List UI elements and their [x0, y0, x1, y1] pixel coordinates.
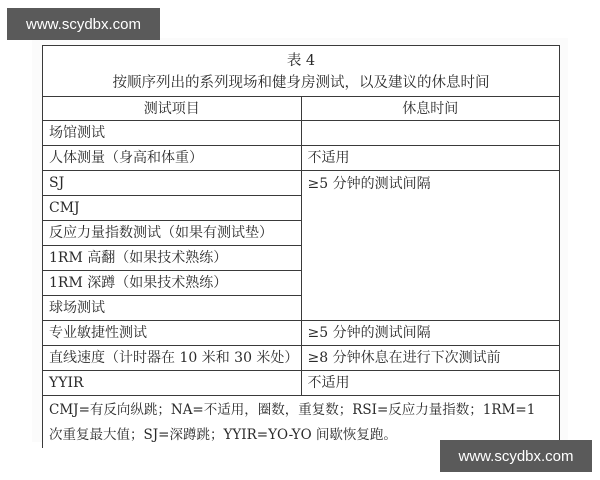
- test-cell: 1RM 深蹲（如果技术熟练）: [43, 271, 302, 296]
- test-cell: 反应力量指数测试（如果有测试垫）: [43, 221, 302, 246]
- table-header-row: 测试项目 休息时间: [43, 97, 560, 121]
- table-row: SJ ≥5 分钟的测试间隔: [43, 171, 560, 196]
- test-cell: 人体测量（身高和体重）: [43, 146, 302, 171]
- test-cell: 专业敏捷性测试: [43, 321, 302, 346]
- test-cell: 场馆测试: [43, 121, 302, 146]
- rest-cell: [301, 121, 560, 146]
- table-row: 专业敏捷性测试 ≥5 分钟的测试间隔: [43, 321, 560, 346]
- table-row: 直线速度（计时器在 10 米和 30 米处） ≥8 分钟休息在进行下次测试前: [43, 346, 560, 371]
- watermark-bottom: www.scydbx.com: [440, 440, 592, 472]
- test-cell: CMJ: [43, 196, 302, 221]
- test-cell: 直线速度（计时器在 10 米和 30 米处）: [43, 346, 302, 371]
- table-number: 表 4: [49, 50, 553, 72]
- header-test-item: 测试项目: [43, 97, 302, 121]
- table-row: 场馆测试: [43, 121, 560, 146]
- test-cell: 球场测试: [43, 296, 302, 321]
- rest-cell: 不适用: [301, 146, 560, 171]
- table-row: YYIR 不适用: [43, 371, 560, 396]
- watermark-top: www.scydbx.com: [7, 8, 160, 40]
- test-cell: 1RM 高翻（如果技术熟练）: [43, 246, 302, 271]
- table-caption: 表 4 按顺序列出的系列现场和健身房测试，以及建议的休息时间: [43, 46, 560, 97]
- table-caption-row: 表 4 按顺序列出的系列现场和健身房测试，以及建议的休息时间: [43, 46, 560, 97]
- rest-cell: ≥8 分钟休息在进行下次测试前: [301, 346, 560, 371]
- rest-cell: 不适用: [301, 371, 560, 396]
- rest-cell-merged: ≥5 分钟的测试间隔: [301, 171, 560, 321]
- header-rest-time: 休息时间: [301, 97, 560, 121]
- test-cell: YYIR: [43, 371, 302, 396]
- table-title: 按顺序列出的系列现场和健身房测试，以及建议的休息时间: [49, 72, 553, 94]
- rest-cell: ≥5 分钟的测试间隔: [301, 321, 560, 346]
- rest-time-table: 表 4 按顺序列出的系列现场和健身房测试，以及建议的休息时间 测试项目 休息时间…: [42, 45, 560, 448]
- test-cell: SJ: [43, 171, 302, 196]
- table-row: 人体测量（身高和体重） 不适用: [43, 146, 560, 171]
